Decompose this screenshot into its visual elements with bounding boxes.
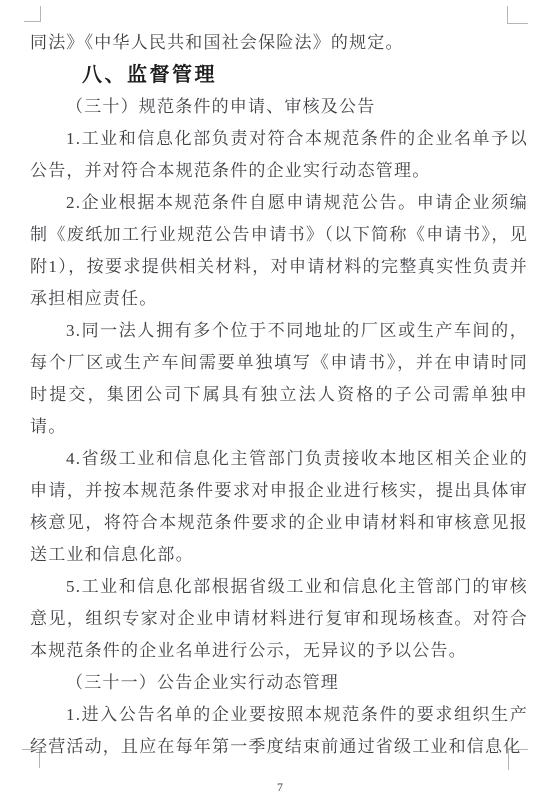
subsection-heading-31: （三十一）公告企业实行动态管理	[30, 667, 528, 699]
document-body: 同法》《中华人民共和国社会保险法》的规定。 八、监督管理 （三十）规范条件的申请…	[30, 27, 528, 763]
paragraph-item-3: 3.同一法人拥有多个位于不同地址的厂区或生产车间的，每个厂区或生产车间需要单独填…	[30, 315, 528, 443]
paragraph-item-5: 5.工业和信息化部根据省级工业和信息化主管部门的审核意见，组织专家对企业申请材料…	[30, 571, 528, 667]
paragraph-item-1-of-31: 1.进入公告名单的企业要按照本规范条件的要求组织生产经营活动，且应在每年第一季度…	[30, 699, 528, 763]
page-number: 7	[0, 780, 560, 794]
crop-mark-top-right	[507, 6, 528, 24]
paragraph-item-1: 1.工业和信息化部负责对符合本规范条件的企业名单予以公告，并对符合本规范条件的企…	[30, 123, 528, 187]
section-heading: 八、监督管理	[30, 59, 528, 91]
paragraph-item-2: 2.企业根据本规范条件自愿申请规范公告。申请企业须编制《废纸加工行业规范公告申请…	[30, 187, 528, 315]
document-page: 同法》《中华人民共和国社会保险法》的规定。 八、监督管理 （三十）规范条件的申请…	[0, 0, 560, 799]
crop-mark-top-left	[24, 6, 41, 22]
subsection-heading-30: （三十）规范条件的申请、审核及公告	[30, 91, 528, 123]
paragraph-item-4: 4.省级工业和信息化主管部门负责接收本地区相关企业的申请，并按本规范条件要求对申…	[30, 443, 528, 571]
paragraph-continuation: 同法》《中华人民共和国社会保险法》的规定。	[30, 27, 528, 59]
